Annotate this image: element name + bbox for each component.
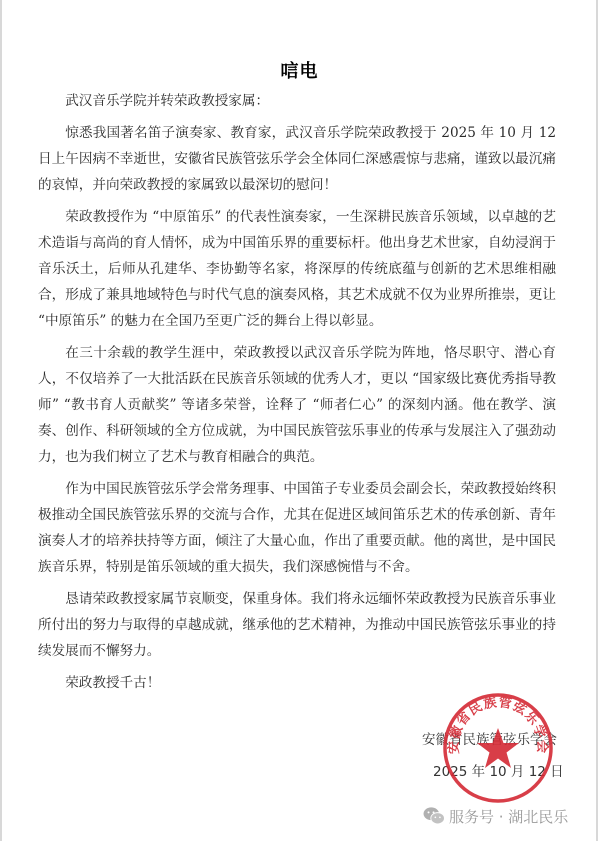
wechat-icon — [423, 806, 445, 826]
star-icon — [477, 728, 519, 768]
paragraph-4: 作为中国民族管弦乐学会常务理事、中国笛子专业委员会副会长，荣政教授始终积极推动全… — [38, 476, 556, 580]
salutation: 武汉音乐学院并转荣政教授家属： — [38, 88, 556, 114]
paragraph-2: 荣政教授作为 “中原笛乐” 的代表性演奏家，一生深耕民族音乐领域，以卓越的艺术造… — [38, 204, 556, 334]
watermark-text: 服务号 · 湖北民乐 — [449, 806, 568, 827]
page-border-right — [596, 0, 598, 841]
paragraph-1: 惊悉我国著名笛子演奏家、教育家，武汉音乐学院荣政教授于 2025 年 10 月 … — [38, 120, 556, 198]
paragraph-5: 恳请荣政教授家属节哀顺变，保重身体。我们将永远缅怀荣政教授为民族音乐事业所付出的… — [38, 586, 556, 664]
paragraph-3: 在三十余载的教学生涯中，荣政教授以武汉音乐学院为阵地，恪尽职守、潜心育人，不仅培… — [38, 340, 556, 470]
official-seal: 安徽省民族管弦乐学会 — [442, 692, 554, 804]
account-watermark: 服务号 · 湖北民乐 — [423, 805, 568, 827]
page-border-left — [0, 0, 2, 841]
document-title: 唁电 — [0, 57, 599, 83]
document-body: 武汉音乐学院并转荣政教授家属： 惊悉我国著名笛子演奏家、教育家，武汉音乐学院荣政… — [38, 88, 556, 702]
